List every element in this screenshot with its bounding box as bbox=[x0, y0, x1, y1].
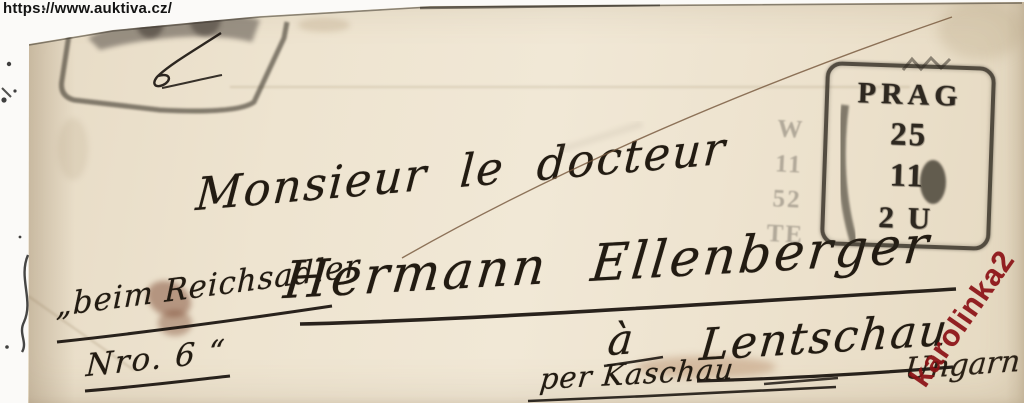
pen-mark-le bbox=[154, 33, 221, 86]
pen-mark-le-stroke bbox=[162, 75, 222, 88]
transit-line: 11 bbox=[756, 145, 822, 183]
sender-note-line-2: Nro. 6 “ bbox=[85, 333, 227, 384]
transit-line: W bbox=[758, 110, 824, 148]
paper-stain bbox=[298, 18, 350, 32]
sender-note-line-1: „beim Reichsadler bbox=[56, 248, 361, 324]
source-url-watermark: https://www.auktiva.cz/ bbox=[3, 0, 172, 17]
paper-crease-left bbox=[29, 26, 75, 403]
paper-fold-line bbox=[230, 86, 910, 88]
datestamp-town: PRAG bbox=[828, 65, 992, 118]
envelope-top-edge bbox=[29, 3, 1022, 45]
dash-after-routing bbox=[764, 378, 838, 384]
datestamp-day: 25 bbox=[827, 112, 990, 159]
partial-postmark-frame bbox=[62, 22, 288, 111]
ink-squiggle-margin bbox=[22, 255, 28, 352]
scanned-envelope-photo: W 11 52 TE Monsieur le docteur Hermann E… bbox=[0, 0, 1024, 403]
datestamp-month: 11 bbox=[826, 153, 989, 200]
datestamp-hour: 2 U bbox=[824, 194, 987, 241]
ink-stain bbox=[158, 310, 192, 336]
routing-note: per Kaschau bbox=[538, 352, 736, 396]
envelope: W 11 52 TE Monsieur le docteur Hermann E… bbox=[0, 0, 1024, 403]
address-line-recipient-title: Monsieur le docteur bbox=[194, 121, 728, 221]
prag-datestamp: PRAG 25 11 2 U bbox=[820, 61, 996, 251]
paper-stain bbox=[58, 118, 88, 180]
ink-speck-stroke bbox=[2, 88, 11, 97]
transit-line: 52 bbox=[754, 180, 820, 218]
partial-postmark-smudge bbox=[88, 13, 260, 50]
partial-postmark-blob bbox=[189, 0, 221, 36]
paper-crease-right bbox=[1006, 0, 1024, 403]
paper-shading bbox=[938, 0, 1024, 60]
envelope-top-edge-dark bbox=[420, 5, 660, 8]
